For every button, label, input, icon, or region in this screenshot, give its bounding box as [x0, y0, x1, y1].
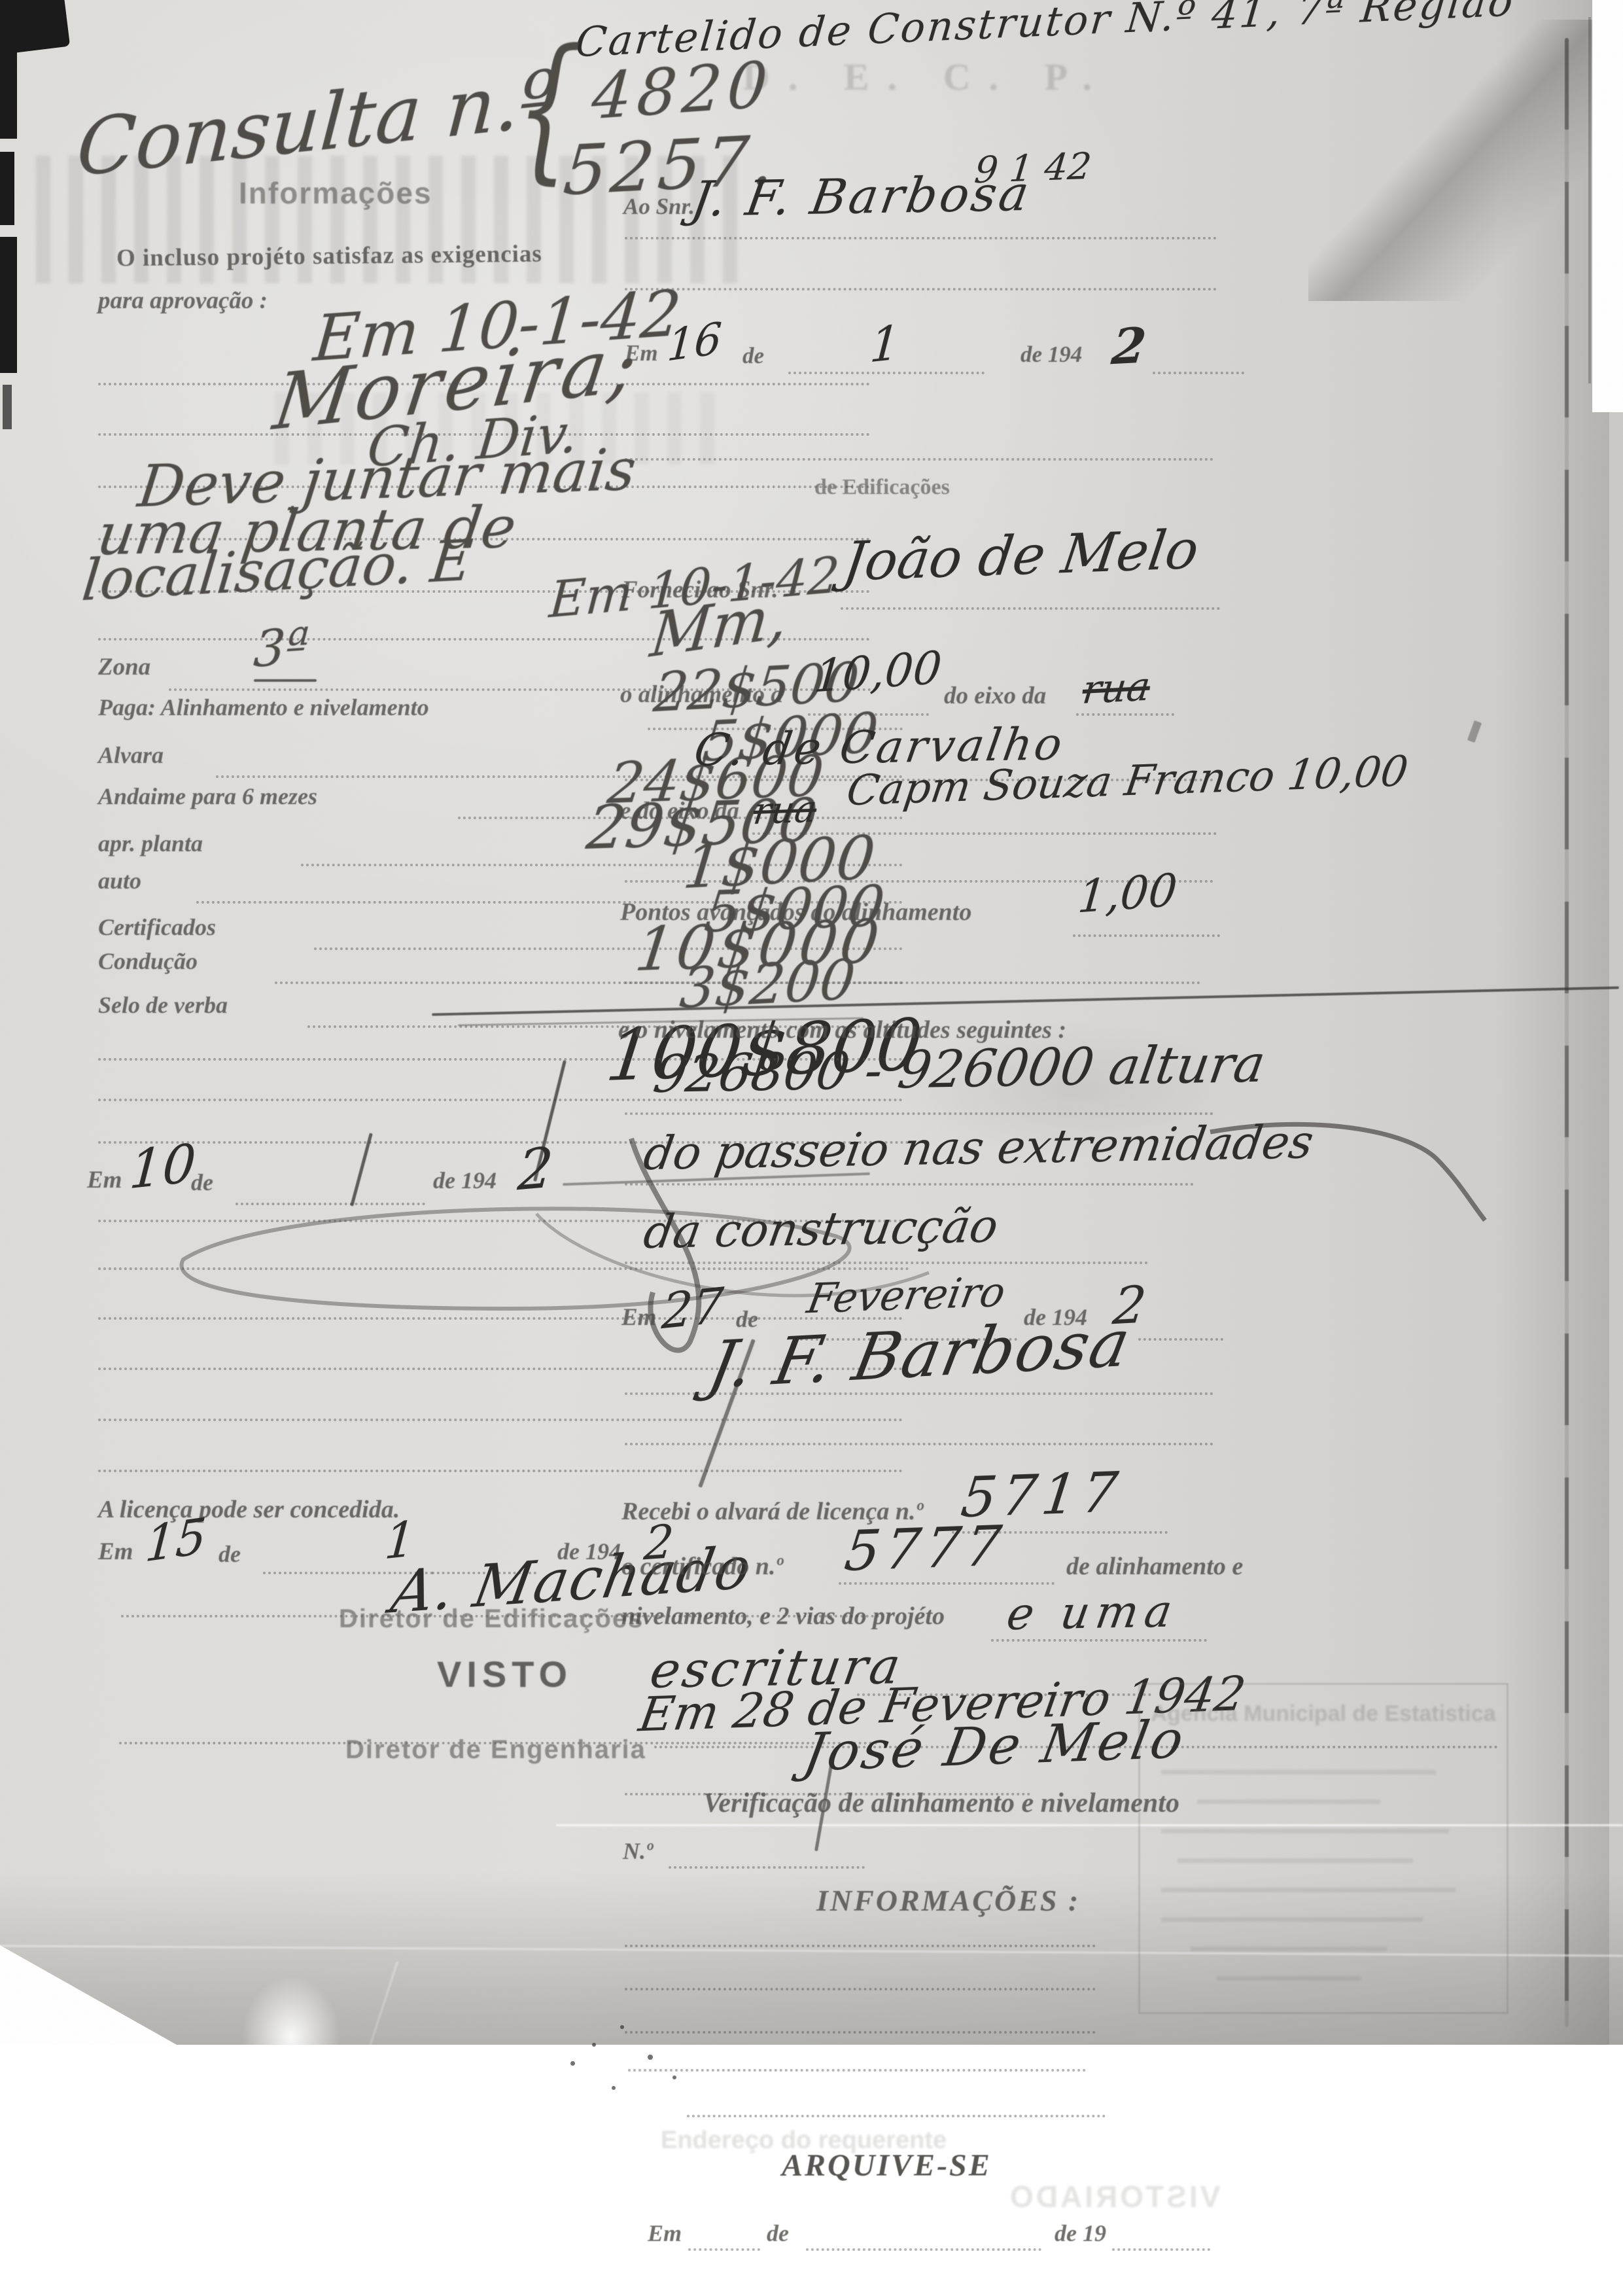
- hw-certificado-numero: 5777: [841, 1513, 1010, 1583]
- hw-em27-day: 27: [660, 1277, 725, 1341]
- ghost-text-bar: [1191, 1947, 1387, 1951]
- informacoes-caps-heading: INFORMAÇÕES :: [816, 1883, 1080, 1918]
- em-blank-de: de: [767, 2219, 789, 2247]
- dotted-line: [625, 1945, 1096, 1947]
- dotted-line: [839, 1582, 1055, 1585]
- dotted-line: [625, 1443, 1213, 1445]
- dotted-line: [688, 2248, 760, 2251]
- dotted-line: [991, 1639, 1207, 1642]
- ink-speck: [592, 2043, 596, 2047]
- ghost-text-bar: [1161, 1888, 1456, 1892]
- no-label: N.º: [623, 1837, 653, 1865]
- ghost-text-bar: [1217, 1976, 1361, 1981]
- ink-speck: [620, 2025, 624, 2029]
- certificado-cont: de alinhamento e: [1066, 1552, 1243, 1581]
- dotted-line: [625, 1392, 1213, 1395]
- annotation-layer: Em Em 27 de Fevereiro de 194 2 J. F. Bar…: [0, 0, 1623, 2296]
- dotted-line: [669, 1866, 865, 1869]
- ghost-text-bar: [1178, 1858, 1413, 1863]
- ghost-vistoriado: VISTORIADO: [1007, 2179, 1220, 2214]
- hw-signature-barbosa: J. F. Barbosa: [703, 1306, 1137, 1404]
- vias-label: nivelamento, e 2 vias do projéto: [621, 1602, 945, 1631]
- ghost-text-bar: [1197, 1799, 1380, 1804]
- em27-em-label: Em: [621, 1303, 656, 1332]
- ghost-text-bar: [1161, 1829, 1449, 1833]
- dotted-line: [625, 2031, 1096, 2034]
- em-blank-em: Em: [648, 2219, 682, 2247]
- dotted-line: [687, 2115, 1106, 2117]
- dotted-line: [1112, 2248, 1210, 2251]
- dotted-line: [628, 2069, 1086, 2072]
- dotted-line: [806, 2248, 1041, 2251]
- ghost-agencia-box: [1138, 1683, 1509, 2014]
- scanned-document: Cartelido de Construtor N.º 41, 7ª Regiã…: [0, 0, 1623, 2296]
- verificacao-heading: Verificação de alinhamento e nivelamento: [703, 1788, 1179, 1819]
- ink-speck: [648, 2055, 653, 2060]
- arquive-se-heading: ARQUIVE-SE: [782, 2147, 992, 2183]
- margin-tick: [1467, 720, 1482, 743]
- certificado-label: o certificado n.º: [621, 1552, 783, 1581]
- ink-speck: [672, 2075, 676, 2079]
- ghost-text-bar: [1161, 1917, 1423, 1922]
- hw-signature-melo: José De Melo: [799, 1708, 1191, 1783]
- ghost-agencia-title: Agencia Municipal de Estatistica: [1150, 1701, 1497, 1727]
- hw-e-uma: e uma: [1003, 1585, 1182, 1640]
- dotted-line: [1138, 1338, 1223, 1341]
- dotted-line: [625, 1988, 1096, 1990]
- ink-speck: [612, 2086, 616, 2090]
- ink-speck: [570, 2061, 575, 2066]
- ghost-text-bar: [1161, 1770, 1436, 1775]
- em-blank-de19: de 19: [1055, 2219, 1106, 2247]
